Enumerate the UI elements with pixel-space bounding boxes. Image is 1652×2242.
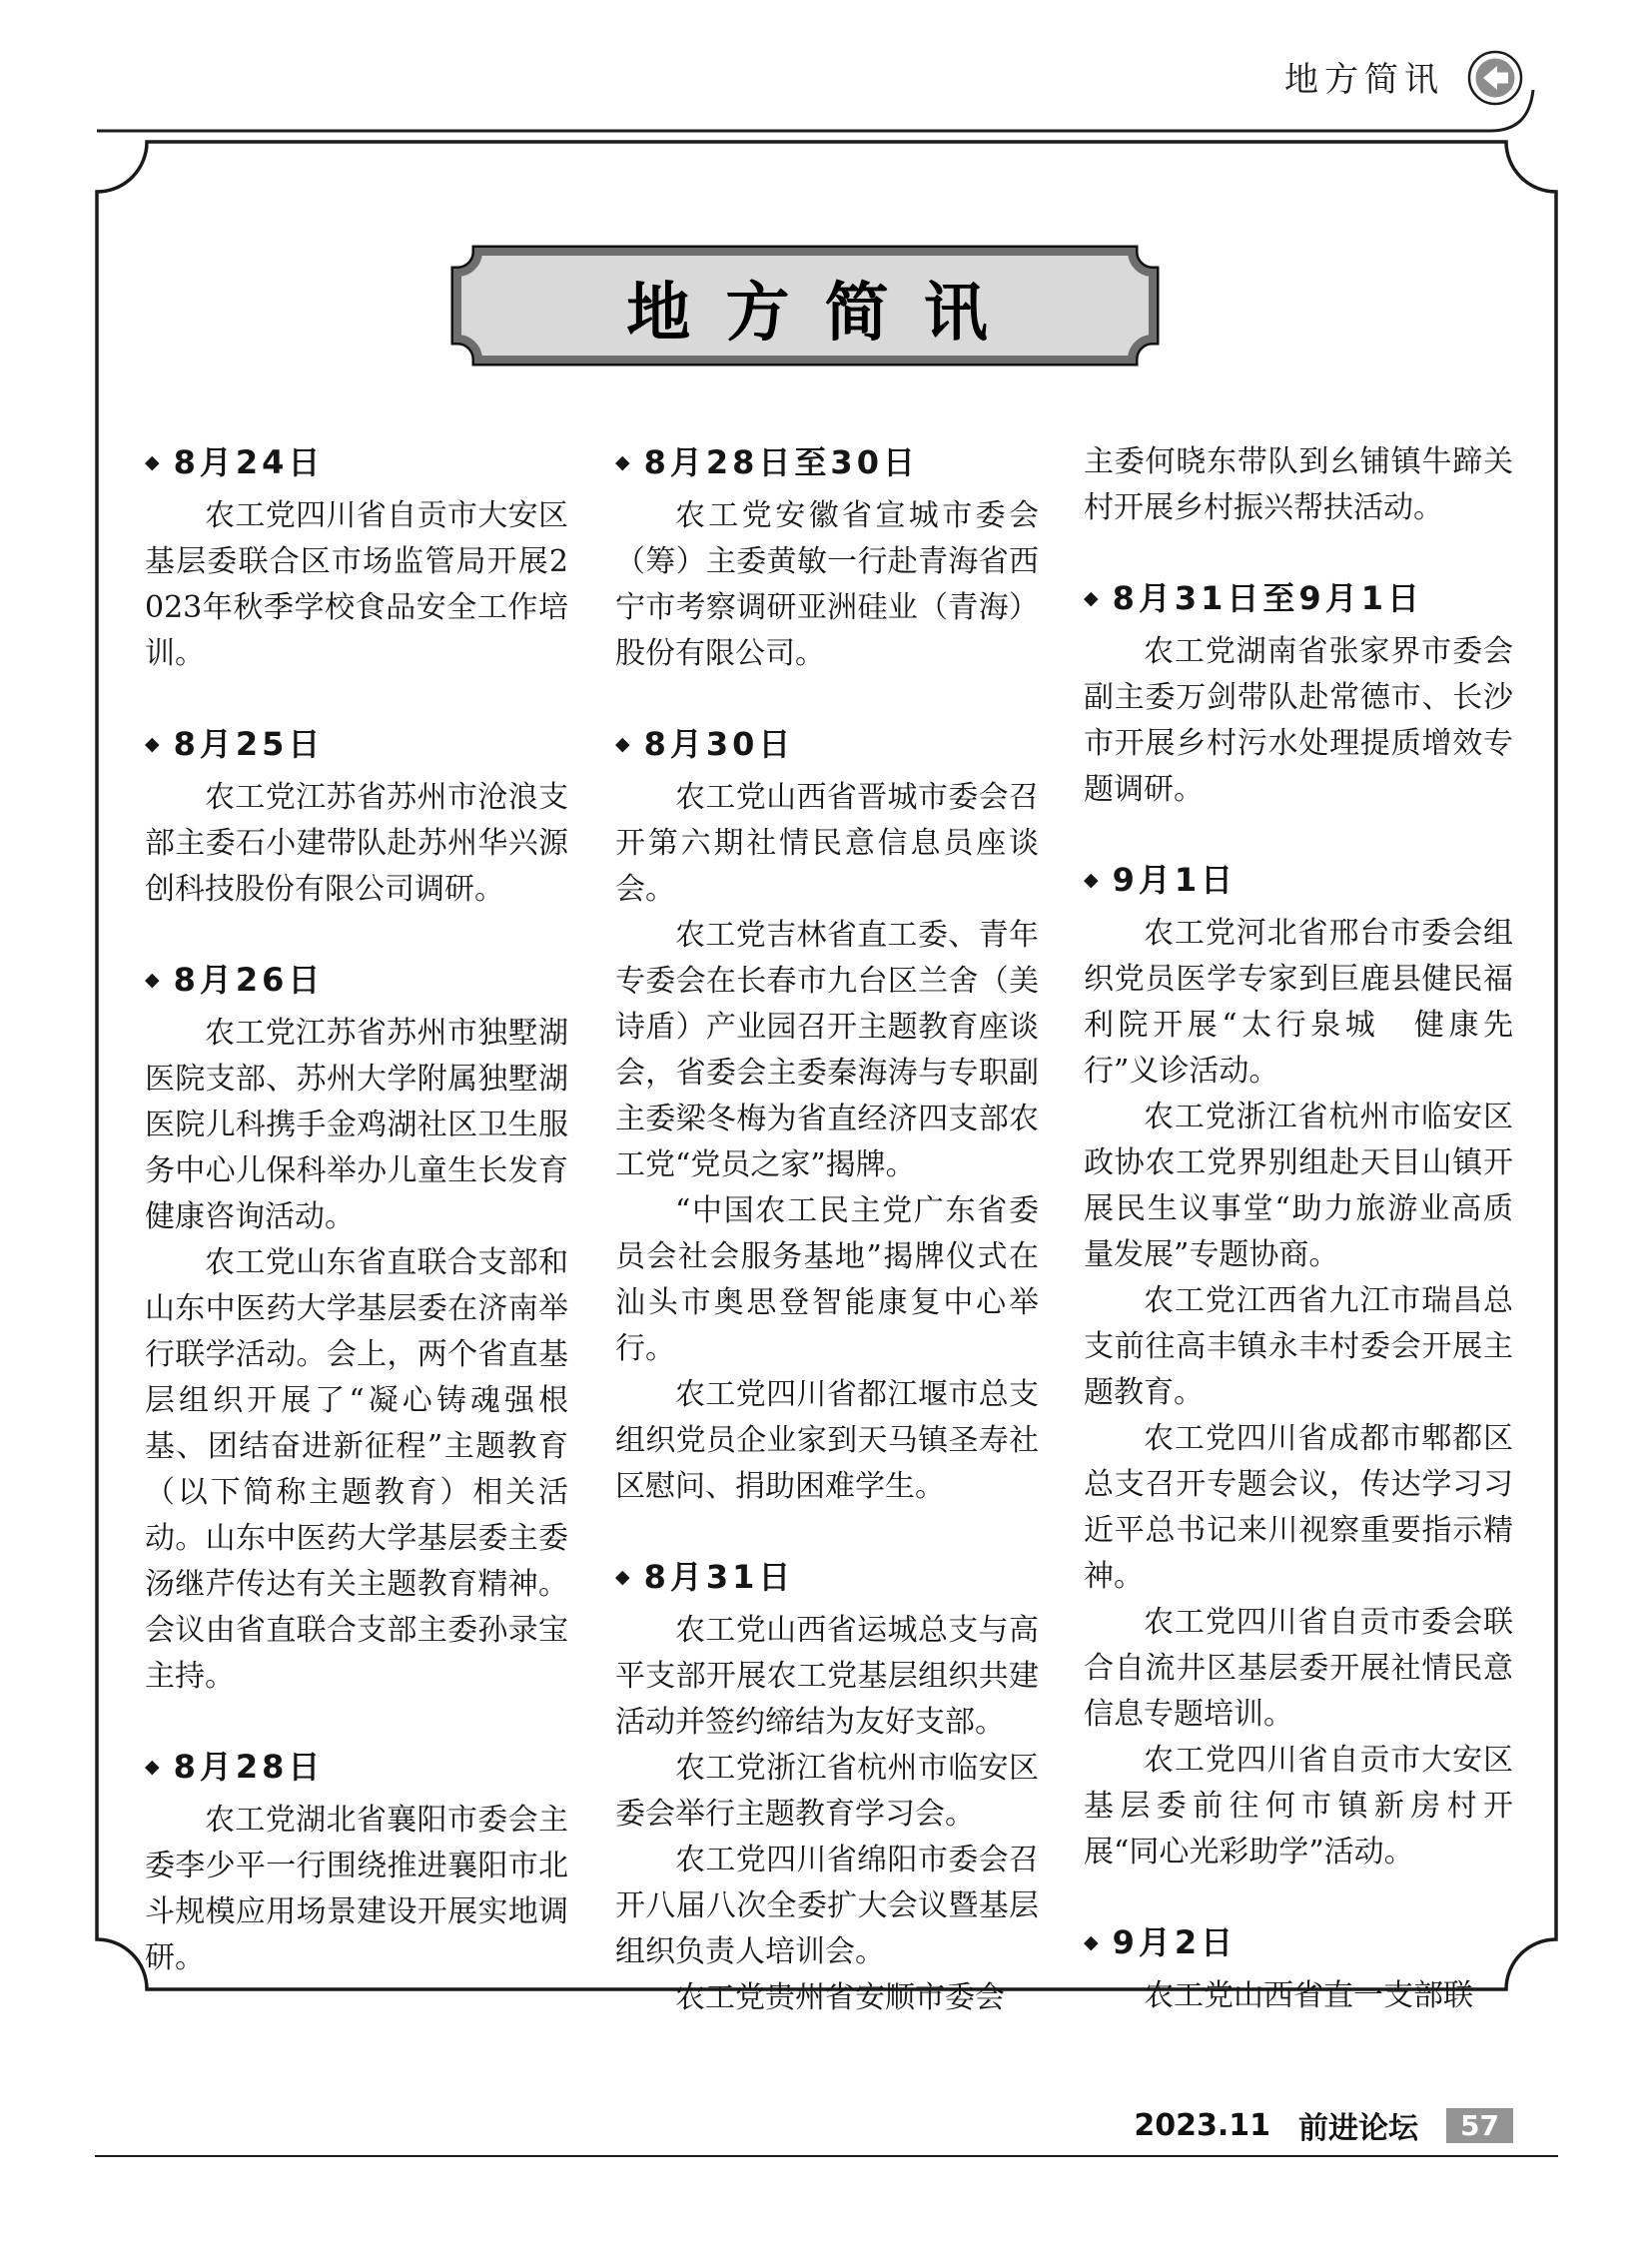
diamond-bullet-icon: ◆ — [1084, 857, 1099, 903]
footer-journal-name: 前进论坛 — [1298, 2103, 1418, 2147]
news-paragraph: 农工党四川省都江堰市总支组织党员企业家到天马镇圣寿社区慰问、捐助困难学生。 — [615, 1372, 1039, 1510]
footer: 2023.11 前进论坛 57 — [1084, 2103, 1513, 2147]
news-paragraph: 农工党四川省绵阳市委会召开八届八次全委扩大会议暨基层组织负责人培训会。 — [615, 1838, 1039, 1975]
date-heading: ◆9月2日 — [1084, 1919, 1513, 1965]
date-heading: ◆8月31日至9月1日 — [1084, 575, 1513, 621]
news-paragraph: 农工党贵州省安顺市委会 — [615, 1975, 1039, 2021]
date-heading-label: 8月25日 — [174, 721, 325, 767]
page-number-badge: 57 — [1446, 2108, 1513, 2143]
date-heading: ◆8月28日至30日 — [615, 439, 1039, 485]
diamond-bullet-icon: ◆ — [1084, 575, 1099, 621]
news-paragraph: 农工党四川省自贡市大安区基层委联合区市场监管局开展2023年秋季学校食品安全工作… — [145, 493, 568, 677]
news-paragraph: 农工党江苏省苏州市沧浪支部主委石小建带队赴苏州华兴源创科技股份有限公司调研。 — [145, 775, 568, 913]
date-heading-label: 8月31日至9月1日 — [1113, 575, 1423, 621]
date-heading-label: 8月28日至30日 — [644, 439, 919, 485]
date-heading-label: 9月1日 — [1113, 857, 1238, 903]
news-paragraph: 农工党四川省自贡市大安区基层委前往何市镇新房村开展“同心光彩助学”活动。 — [1084, 1738, 1513, 1875]
news-paragraph: “中国农工民主党广东省委员会社会服务基地”揭牌仪式在汕头市奥思登智能康复中心举行… — [615, 1188, 1039, 1372]
news-paragraph: 农工党安徽省宣城市委会（筹）主委黄敏一行赴青海省西宁市考察调研亚洲硅业（青海）股… — [615, 493, 1039, 677]
diamond-bullet-icon: ◆ — [145, 439, 160, 485]
page-header-title: 地方简讯 — [1284, 52, 1464, 101]
diamond-bullet-icon: ◆ — [1084, 1919, 1099, 1965]
date-heading: ◆8月26日 — [145, 957, 568, 1003]
news-paragraph: 农工党山西省运城总支与高平支部开展农工党基层组织共建活动并签约缔结为友好支部。 — [615, 1608, 1039, 1746]
diamond-bullet-icon: ◆ — [145, 957, 160, 1003]
date-heading-label: 8月28日 — [174, 1744, 325, 1790]
news-paragraph: 农工党山西省直一支部联 — [1084, 1973, 1513, 2019]
diamond-bullet-icon: ◆ — [615, 439, 630, 485]
date-heading-label: 8月31日 — [644, 1554, 795, 1600]
arrow-left-circle-icon[interactable] — [1469, 52, 1521, 104]
date-heading: ◆8月30日 — [615, 721, 1039, 767]
news-paragraph: 农工党吉林省直工委、青年专委会在长春市九台区兰舍（美诗盾）产业园召开主题教育座谈… — [615, 913, 1039, 1188]
news-paragraph: 农工党江苏省苏州市独墅湖医院支部、苏州大学附属独墅湖医院儿科携手金鸡湖社区卫生服… — [145, 1011, 568, 1240]
news-paragraph: 农工党浙江省杭州市临安区委会举行主题教育学习会。 — [615, 1746, 1039, 1838]
news-paragraph: 农工党湖南省张家界市委会副主委万剑带队赴常德市、长沙市开展乡村污水处理提质增效专… — [1084, 629, 1513, 813]
news-paragraph: 农工党山西省晋城市委会召开第六期社情民意信息员座谈会。 — [615, 775, 1039, 913]
news-paragraph: 农工党湖北省襄阳市委会主委李少平一行围绕推进襄阳市北斗规模应用场景建设开展实地调… — [145, 1798, 568, 1981]
date-heading: ◆9月1日 — [1084, 857, 1513, 903]
news-column-3: 主委何晓东带队到幺铺镇牛蹄关村开展乡村振兴帮扶活动。◆8月31日至9月1日农工党… — [1084, 439, 1513, 2019]
diamond-bullet-icon: ◆ — [145, 721, 160, 767]
news-paragraph: 农工党江西省九江市瑞昌总支前往高丰镇永丰村委会开展主题教育。 — [1084, 1278, 1513, 1416]
date-heading: ◆8月25日 — [145, 721, 568, 767]
news-paragraph: 农工党山东省直联合支部和山东中医药大学基层委在济南举行联学活动。会上，两个省直基… — [145, 1240, 568, 1700]
diamond-bullet-icon: ◆ — [615, 1554, 630, 1600]
date-heading-label: 8月26日 — [174, 957, 325, 1003]
date-heading-label: 9月2日 — [1113, 1919, 1238, 1965]
footer-rule — [95, 2155, 1558, 2157]
news-column-1: ◆8月24日农工党四川省自贡市大安区基层委联合区市场监管局开展2023年秋季学校… — [145, 439, 568, 1981]
magazine-page: 地方简讯 地方简讯 ◆8月24日农工党四川省自贡市大安区基层委联合区市场监管局开… — [0, 0, 1652, 2242]
date-heading: ◆8月24日 — [145, 439, 568, 485]
news-paragraph: 农工党四川省自贡市委会联合自流井区基层委开展社情民意信息专题培训。 — [1084, 1600, 1513, 1738]
news-column-2: ◆8月28日至30日农工党安徽省宣城市委会（筹）主委黄敏一行赴青海省西宁市考察调… — [615, 439, 1039, 2021]
news-paragraph: 农工党浙江省杭州市临安区政协农工党界别组赴天目山镇开展民生议事堂“助力旅游业高质… — [1084, 1095, 1513, 1278]
diamond-bullet-icon: ◆ — [615, 721, 630, 767]
date-heading-label: 8月30日 — [644, 721, 795, 767]
date-heading: ◆8月28日 — [145, 1744, 568, 1790]
news-paragraph: 主委何晓东带队到幺铺镇牛蹄关村开展乡村振兴帮扶活动。 — [1084, 439, 1513, 531]
section-title: 地方简讯 — [457, 258, 1157, 358]
news-paragraph: 农工党四川省成都市郫都区总支召开专题会议，传达学习习近平总书记来川视察重要指示精… — [1084, 1416, 1513, 1600]
date-heading: ◆8月31日 — [615, 1554, 1039, 1600]
date-heading-label: 8月24日 — [174, 439, 325, 485]
news-paragraph: 农工党河北省邢台市委会组织党员医学专家到巨鹿县健民福利院开展“太行泉城 健康先行… — [1084, 911, 1513, 1095]
diamond-bullet-icon: ◆ — [145, 1744, 160, 1790]
footer-issue: 2023.11 — [1134, 2108, 1270, 2143]
